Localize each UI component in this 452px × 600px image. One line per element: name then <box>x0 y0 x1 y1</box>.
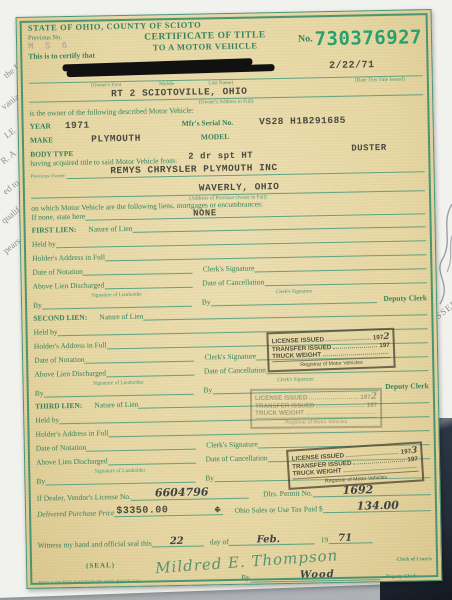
purchase-price-label: Delivered Purchase Price <box>37 509 114 519</box>
cent-mark: ¢ <box>215 505 221 515</box>
stamp-year-prefix: 197 <box>379 342 390 349</box>
vendor-license-value: 6604796 <box>155 486 209 500</box>
deputy-clerk-label: Deputy Clerk <box>383 294 427 303</box>
holder-address-row: Holder's Address in Full <box>32 247 426 264</box>
stamp-year-prefix: 197 <box>400 448 411 456</box>
witness-day: 22 <box>170 536 184 548</box>
stamp-year-digit: 2 <box>371 392 377 402</box>
third-lien-title: THIRD LIEN: <box>35 402 82 412</box>
witness-row: Witness my hand and official seal this 2… <box>38 534 432 551</box>
witness-year: 71 <box>338 533 352 545</box>
no-label: No. <box>298 33 313 44</box>
above-discharged-label: Above Lien Discharged <box>33 281 105 291</box>
by-label: By <box>205 474 214 483</box>
above-discharged-label: Above Lien Discharged <box>34 369 106 379</box>
stamp-line: TRUCK WEIGHT <box>255 409 304 416</box>
body-type-label: BODY TYPE <box>30 150 73 159</box>
above-discharged-label: Above Lien Discharged <box>36 457 108 467</box>
date-cancellation-label: Date of Cancellation <box>206 454 268 464</box>
license-stamp-faint: LICENSE ISSUED1972 TRANSFER ISSUED197 TR… <box>250 388 382 429</box>
sig-lienholder-caption: Signature of Lienholder <box>45 467 195 476</box>
date-cancellation-label: Date of Cancellation <box>204 366 266 376</box>
holder-address-label: Holder's Address in Full <box>32 253 105 263</box>
title-number-block: No. 730376927 <box>274 27 422 56</box>
issue-date: 2/22/71 <box>329 60 375 72</box>
purchase-price-value: $3350.00 <box>116 505 168 517</box>
by-label: By <box>203 386 212 395</box>
holder-address-label: Holder's Address in Full <box>35 429 108 439</box>
certificate-content: STATE OF OHIO, COUNTY OF SCIOTO Previous… <box>28 16 433 581</box>
holder-address-label: Holder's Address in Full <box>34 341 107 351</box>
body-type-value: 2 dr spt HT <box>188 150 253 162</box>
stamp-year-prefix: 197 <box>367 402 378 409</box>
make-label: MAKE <box>30 136 54 145</box>
title-number: 730376927 <box>314 26 422 50</box>
owner-address: RT 2 SCIOTOVILLE, OHIO <box>111 86 248 100</box>
stamp-year-digit: 3 <box>411 446 418 456</box>
clerk-sig-caption: Clerk's Signature <box>210 288 377 297</box>
by-label: By <box>33 301 42 310</box>
nature-label: Nature of Lien <box>88 225 132 234</box>
sig-lienholder-caption: Signature of Lienholder <box>43 379 193 388</box>
held-by-label: Held by <box>34 328 58 337</box>
date-notation-label: Date of Notation <box>36 444 87 454</box>
make-value: PLYMOUTH <box>91 133 141 145</box>
lien-title-row: SECOND LIEN: Nature of Lien <box>33 307 427 324</box>
nature-label: Nature of Lien <box>94 401 138 410</box>
witness-label: Witness my hand and official seal this <box>38 539 152 550</box>
second-lien-title: SECOND LIEN: <box>33 314 87 324</box>
serial-value: VS28 H1B291685 <box>259 116 346 129</box>
header-title: CERTIFICATE OF TITLE TO A MOTOR VEHICLE <box>136 30 274 59</box>
by-label: By <box>241 574 250 583</box>
by-label: By <box>36 477 45 486</box>
day-of-label: day of <box>210 538 229 547</box>
model-label: MODEL <box>201 133 230 142</box>
held-by-row: Held by <box>32 233 426 250</box>
title-line-2: TO A MOTOR VEHICLE <box>136 41 274 53</box>
sales-tax-value: 134.00 <box>357 500 399 513</box>
dealers-permit-label: Dlrs. Permit No. <box>263 489 313 499</box>
held-by-label: Held by <box>32 240 56 249</box>
stamp-footer: Registrar of Motor Vehicles <box>255 417 377 426</box>
license-stamp-1973: LICENSE ISSUED1973 TRANSFER ISSUED197 TR… <box>286 441 424 489</box>
price-row: Delivered Purchase Price $3350.00 ¢ Ohio… <box>37 503 431 520</box>
license-stamp-1972: LICENSE ISSUED1972 TRANSFER ISSUED197 TR… <box>266 328 395 373</box>
seal-label: (SEAL) <box>86 561 115 570</box>
by-label: By <box>202 298 211 307</box>
clerk-signature-label: Clerk's Signature <box>204 352 256 362</box>
clerk-sig-caption: Clerk's Signature <box>212 376 379 385</box>
held-by-label: Held by <box>35 416 59 425</box>
printer-imprint: REV. 1-58 THE DAYTON BLANK BOOK CO. <box>38 578 141 586</box>
address-caption: (Owner's Address in Full) <box>199 99 254 106</box>
witness-month: Feb. <box>257 534 281 546</box>
date-notation-row: Date of Notation Clerk's Signature <box>32 261 426 278</box>
previous-no-value: M S 6 <box>28 40 136 52</box>
photo-of-title-document: { "scene": { "fragments": ["the De", "va… <box>0 0 452 600</box>
clerk-of-courts-label: Clerk of Courts <box>396 556 432 563</box>
year-label: YEAR <box>30 122 51 131</box>
if-none-label: If none, state here <box>31 213 85 223</box>
stamp-year-prefix: 197 <box>373 334 384 341</box>
stamp-line: LICENSE ISSUED <box>255 394 308 401</box>
clerk-signature-label: Clerk's Signature <box>206 440 258 450</box>
nature-label: Nature of Lien <box>99 312 143 321</box>
by-label: By <box>35 389 44 398</box>
previous-owner-city: WAVERLY, OHIO <box>199 182 280 194</box>
sig-lienholder-caption: Signature of Lienholder <box>42 291 192 300</box>
first-lien-block: FIRST LIEN: Nature of Lien Held by Holde… <box>32 219 428 311</box>
serial-label: Mfr's Serial No. <box>182 119 234 129</box>
stamp-year-digit: 2 <box>383 332 390 342</box>
year-value: 1971 <box>65 121 90 132</box>
deputy-clerk-label: Deputy Clerk <box>386 573 417 580</box>
stamp-year-prefix: 197 <box>407 456 418 464</box>
date-notation-label: Date of Notation <box>34 356 85 366</box>
vendor-license-label: If Dealer, Vendor's License No. <box>37 493 131 503</box>
sales-tax-label: Ohio Sales or Use Tax Paid $ <box>235 505 323 515</box>
certificate-of-title-document: STATE OF OHIO, COUNTY OF SCIOTO Previous… <box>16 9 443 589</box>
first-lien-title: FIRST LIEN: <box>32 226 77 235</box>
deputy-clerk-label: Deputy Clerk <box>385 382 429 391</box>
previous-owner-value: REMYS CHRYSLER PLYMOUTH INC <box>110 163 278 177</box>
date-notation-label: Date of Notation <box>32 268 83 278</box>
header-left: Previous No. M S 6 This is to certify th… <box>28 33 136 62</box>
date-cancellation-label: Date of Cancellation <box>202 278 264 288</box>
lien-title-row: FIRST LIEN: Nature of Lien <box>32 219 426 236</box>
caption-date-issued: (Date This Title Issued) <box>355 77 405 84</box>
stamp-year-prefix: 197 <box>360 394 371 401</box>
model-value: DUSTER <box>351 143 387 154</box>
clerk-signature-label: Clerk's Signature <box>203 264 255 274</box>
deputy-by-value: Wood <box>300 569 335 581</box>
if-none-value: NONE <box>193 208 217 219</box>
year-prefix-label: 19 <box>321 536 329 545</box>
previous-owner-label: Previous Owner: <box>31 173 67 180</box>
